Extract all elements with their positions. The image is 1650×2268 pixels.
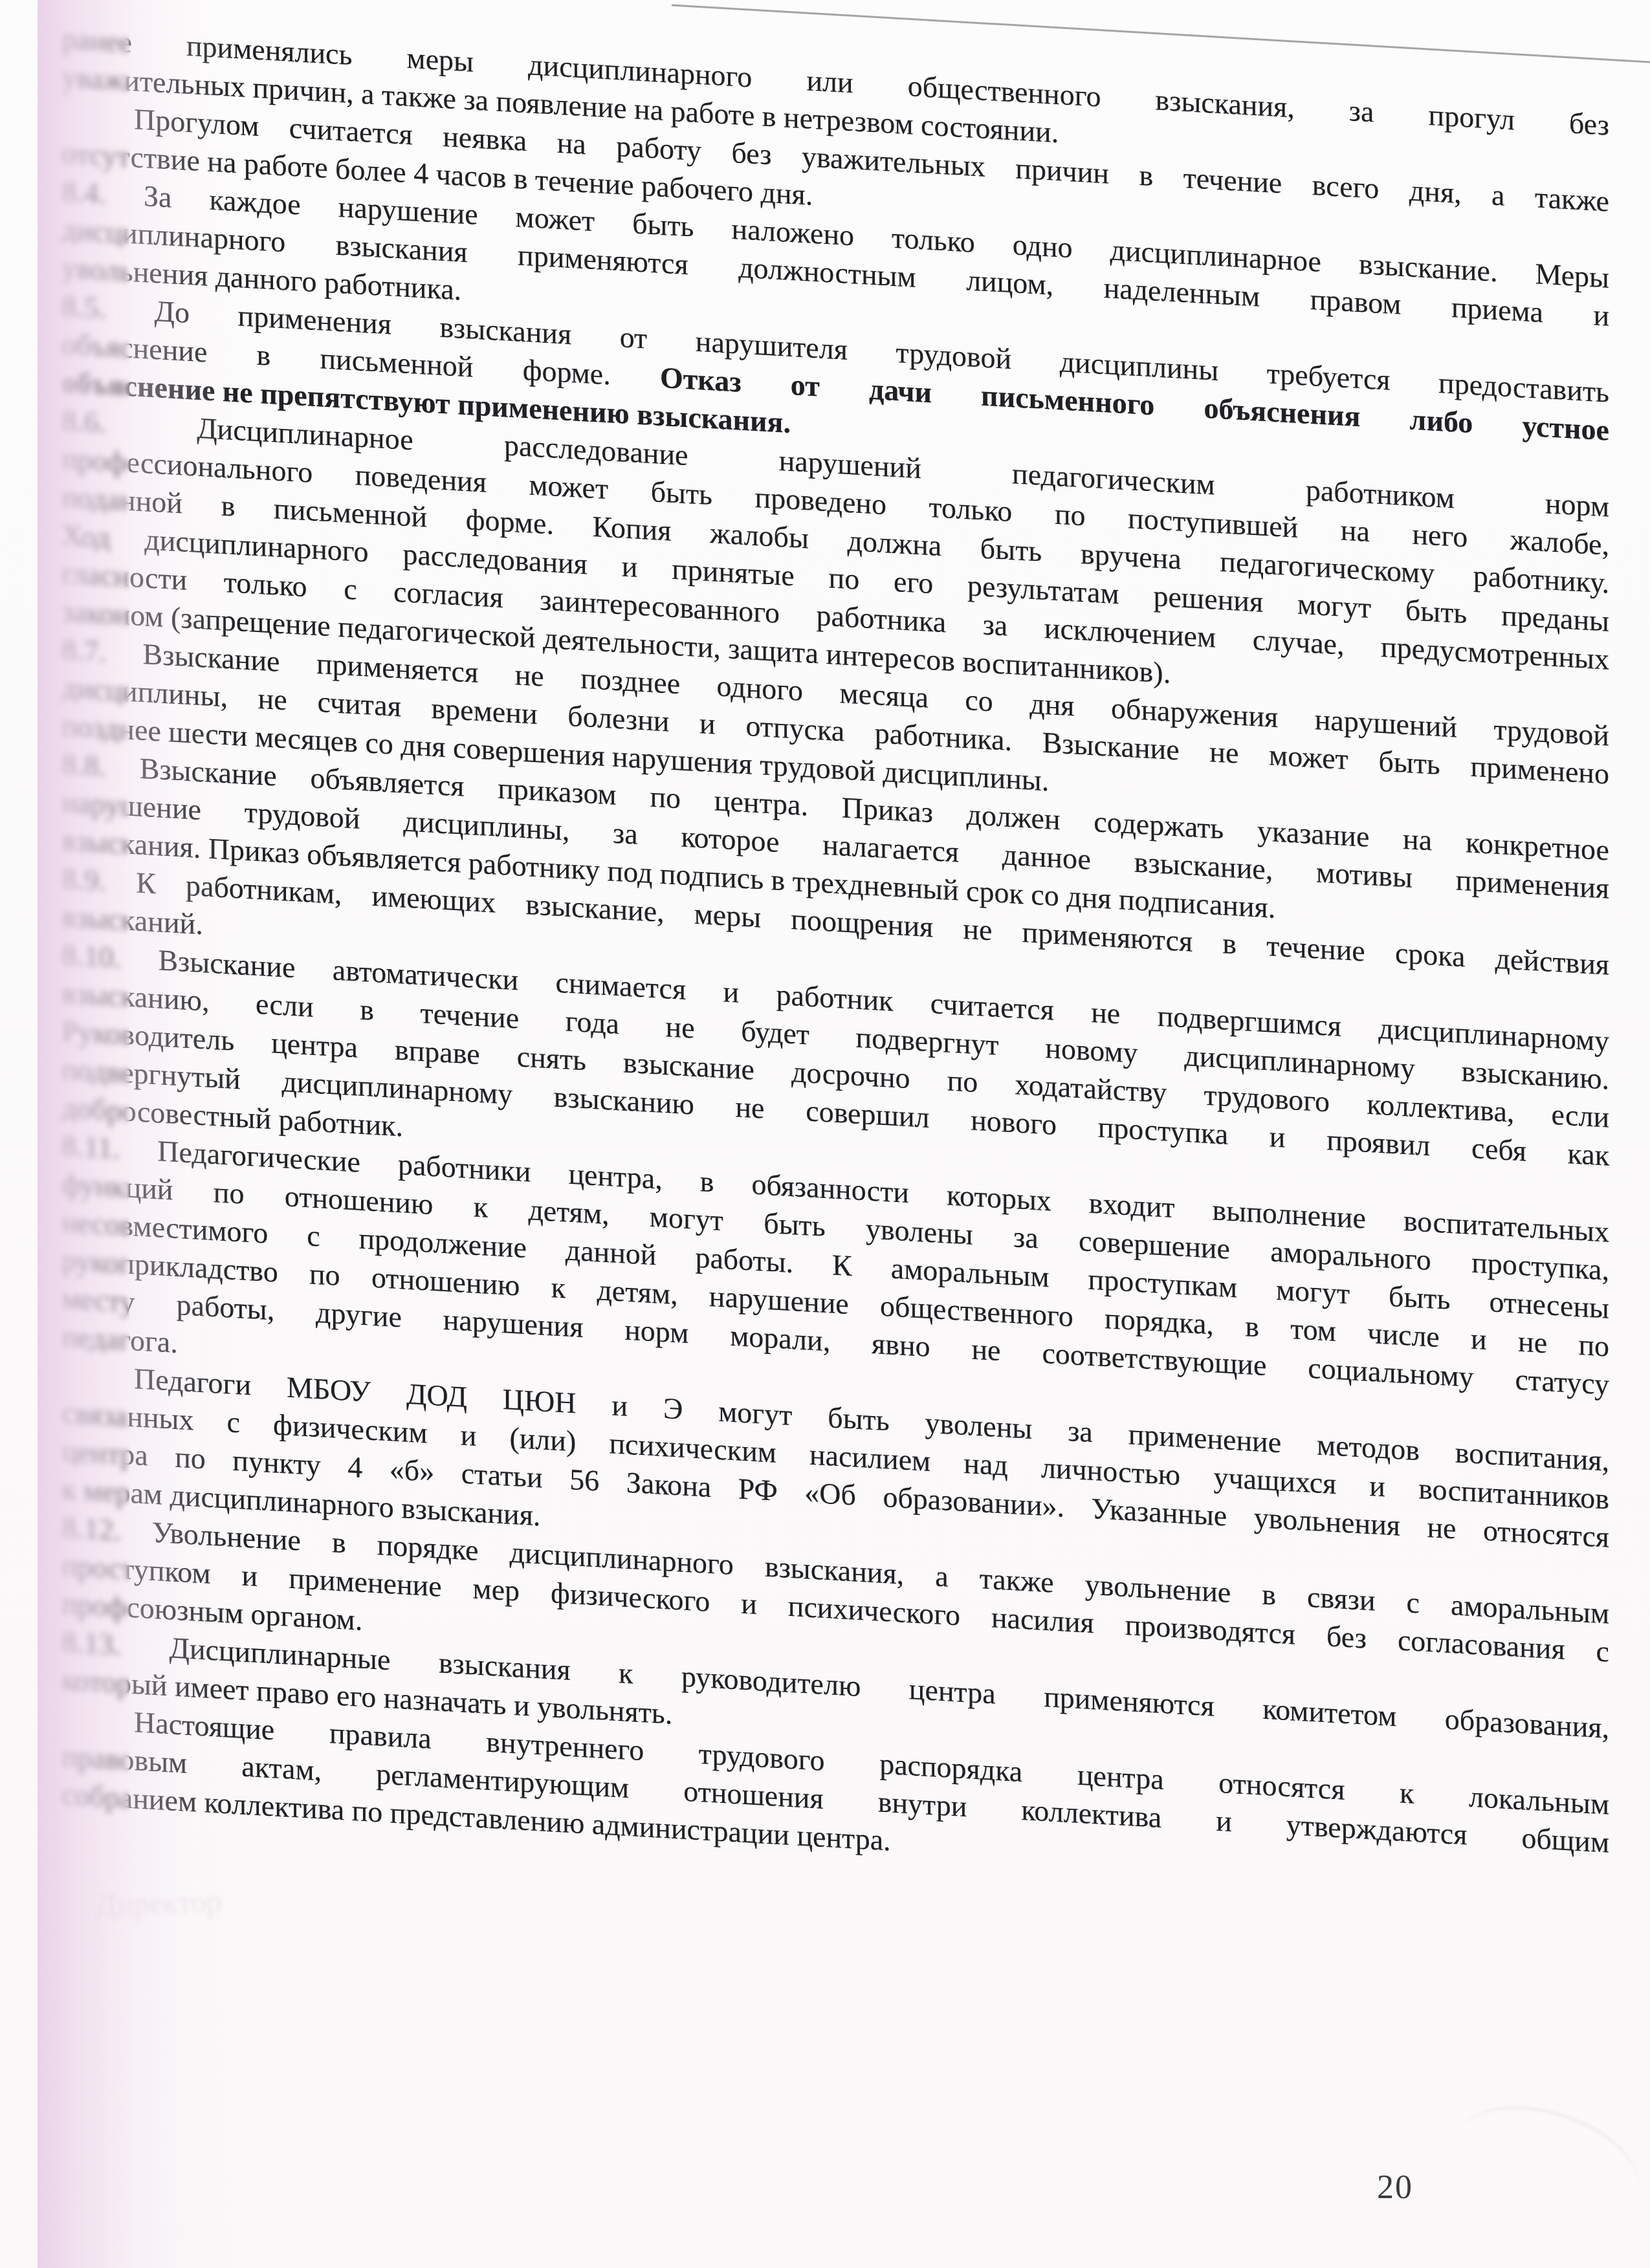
page-number: 20 (1377, 2168, 1413, 2207)
scan-smudge-artifact (1437, 2085, 1650, 2251)
text-run: взысканий. (61, 900, 203, 941)
text-run: педагога. (61, 1320, 178, 1359)
page-surface: ранее применялись меры дисциплинарного и… (0, 0, 1650, 2268)
ghost-text: Директор (95, 1884, 223, 1924)
scanned-page: { "page": { "number": "20", "ghost_text"… (0, 0, 1650, 2268)
document-body: ранее применялись меры дисциплинарного и… (61, 19, 1609, 1900)
